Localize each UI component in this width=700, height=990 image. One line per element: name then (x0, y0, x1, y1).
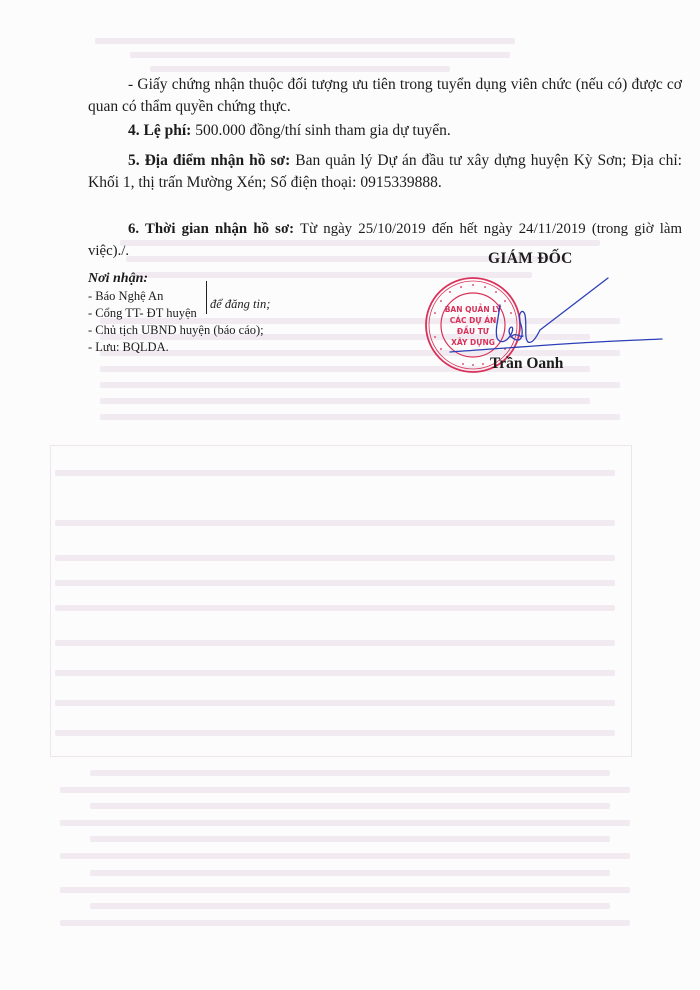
signer-position: GIÁM ĐỐC (488, 250, 573, 268)
recipients-block: Nơi nhận: - Báo Nghệ An - Cổng TT- ĐT hu… (88, 270, 264, 356)
fee-label: 4. Lệ phí: (128, 122, 191, 139)
signer-name: Trần Oanh (490, 355, 563, 373)
location-paragraph: 5. Địa điểm nhận hồ sơ: Ban quản lý Dự á… (88, 150, 682, 194)
recipients-brace-line (206, 281, 207, 314)
fee-paragraph: 4. Lệ phí: 500.000 đồng/thí sinh tham gi… (88, 120, 682, 142)
recipients-title: Nơi nhận: (88, 270, 264, 287)
recipient-item: - Chủ tịch UBND huyện (báo cáo); (88, 322, 264, 339)
recipient-item: - Lưu: BQLDA. (88, 339, 264, 356)
location-label: 5. Địa điểm nhận hồ sơ: (128, 152, 290, 169)
fee-text: 500.000 đồng/thí sinh tham gia dự tuyển. (191, 122, 450, 139)
recipients-brace-note: để đăng tin; (210, 297, 270, 312)
certificate-paragraph: - Giấy chứng nhận thuộc đối tượng ưu tiê… (88, 74, 682, 118)
time-paragraph: 6. Thời gian nhận hồ sơ: Từ ngày 25/10/2… (88, 218, 682, 262)
time-label: 6. Thời gian nhận hồ sơ: (128, 221, 294, 237)
document-page: - Giấy chứng nhận thuộc đối tượng ưu tiê… (0, 0, 700, 990)
bleed-through-background (0, 0, 700, 990)
